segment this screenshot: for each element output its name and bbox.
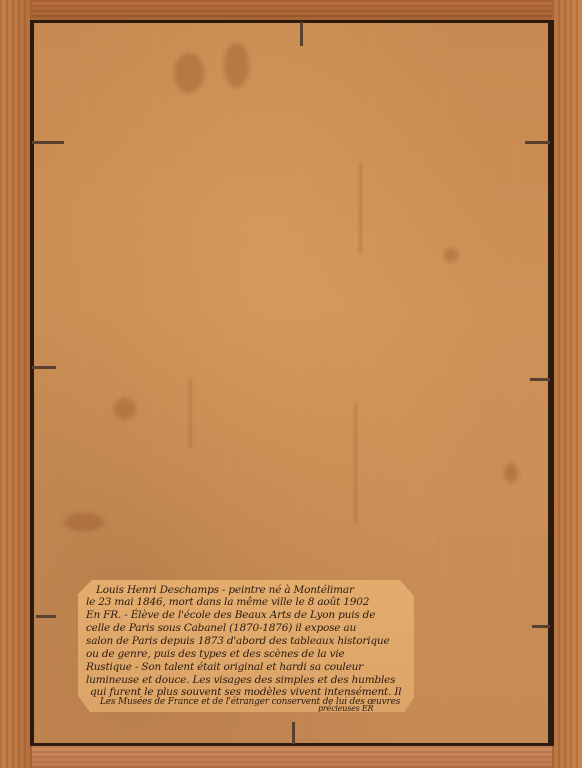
nail (300, 22, 303, 46)
streak (189, 378, 192, 448)
frame-bottom-rail (0, 746, 582, 768)
streak (354, 403, 357, 523)
label-line: ou de genre, puis des types et des scène… (86, 648, 345, 660)
label-line: le 23 mai 1846, mort dans la même ville … (86, 596, 369, 608)
handwritten-label: Louis Henri Deschamps - peintre né à Mon… (78, 580, 414, 712)
stain (114, 398, 136, 420)
streak (359, 163, 362, 253)
label-line: Louis Henri Deschamps - peintre né à Mon… (96, 584, 354, 596)
frame-right-rail (552, 0, 582, 768)
stain (444, 248, 458, 262)
nail (292, 722, 295, 744)
nail (525, 141, 550, 144)
label-line: celle de Paris sous Cabanel (1870-1876) … (86, 622, 356, 634)
nail (36, 615, 56, 618)
label-line: salon de Paris depuis 1873 d'abord des t… (86, 635, 389, 647)
label-line: lumineuse et douce. Les visages des simp… (86, 674, 395, 686)
stain (64, 513, 104, 531)
label-signature: précieuses ER (318, 704, 373, 713)
frame-top-rail (0, 0, 582, 22)
picture-frame: Louis Henri Deschamps - peintre né à Mon… (0, 0, 582, 768)
frame-left-rail (0, 0, 32, 768)
label-line: En FR. - Élève de l'école des Beaux Arts… (86, 609, 375, 621)
label-line: Rustique - Son talent était original et … (86, 661, 363, 673)
nail (32, 141, 64, 144)
stain (504, 463, 518, 483)
nail (532, 625, 550, 628)
stain (224, 43, 249, 88)
nail (530, 378, 550, 381)
stain (174, 53, 204, 93)
nail (32, 366, 56, 369)
